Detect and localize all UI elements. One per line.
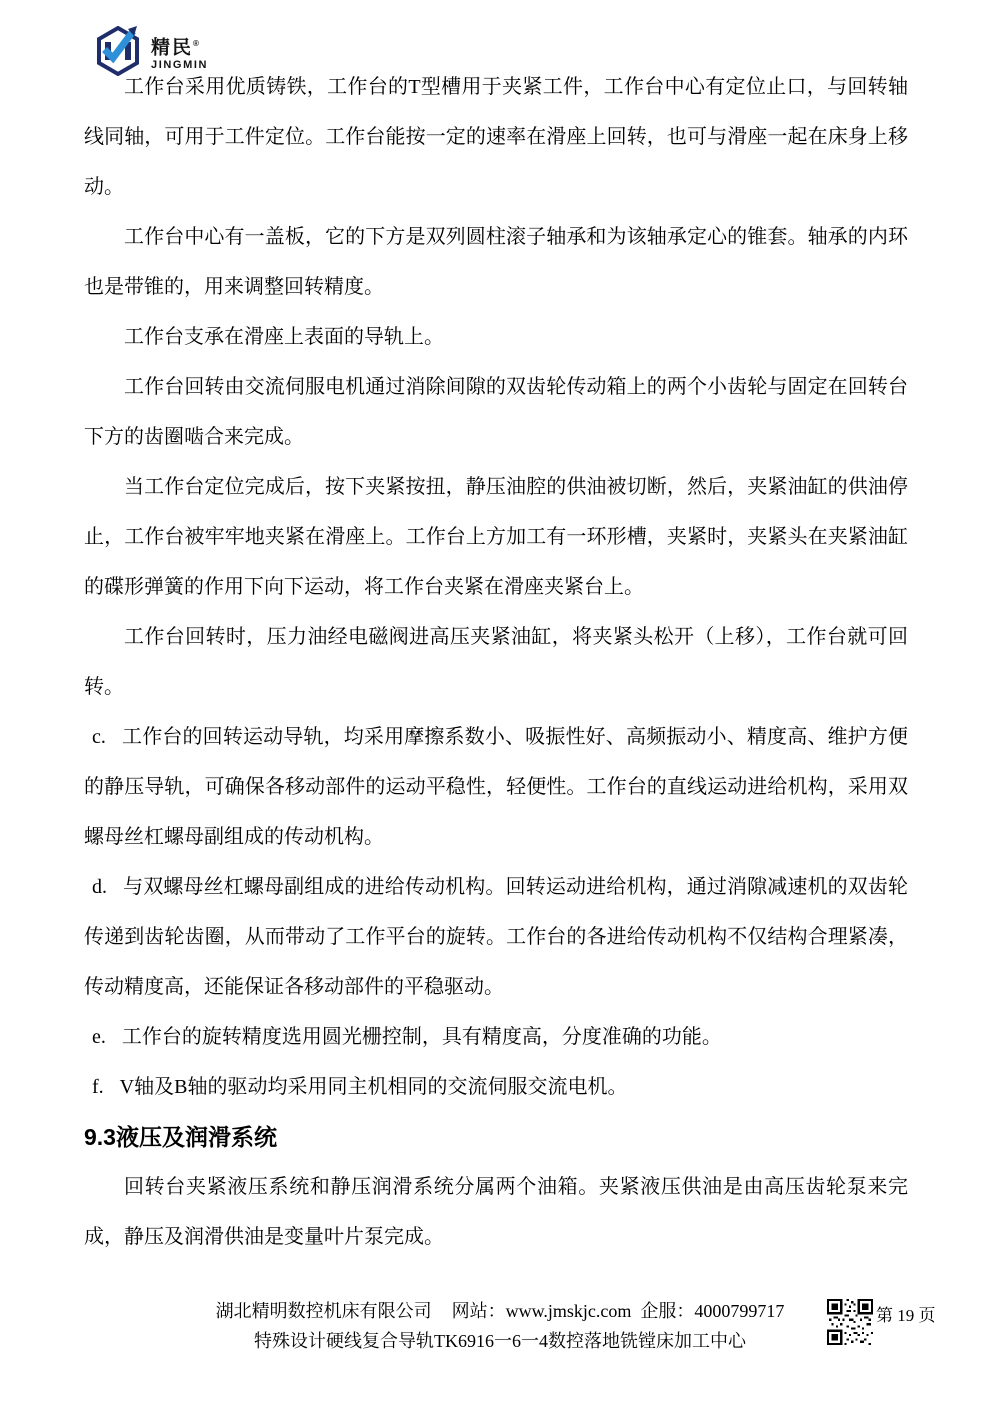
list-item-c-label: c. [92, 726, 106, 748]
document-body: 工作台采用优质铸铁，工作台的T型槽用于夹紧工件，工作台中心有定位止口，与回转轴线… [84, 62, 908, 1262]
list-item-f-label: f. [92, 1076, 104, 1098]
list-item-d-label: d. [92, 876, 107, 898]
list-item-e-text: 工作台的旋转精度选用圆光栅控制，具有精度高，分度准确的功能。 [122, 1026, 722, 1048]
paragraph-oil-tanks: 回转台夹紧液压系统和静压润滑系统分属两个油箱。夹紧液压供油是由高压齿轮泵来完成，… [84, 1162, 908, 1262]
paragraph-support-rails: 工作台支承在滑座上表面的导轨上。 [84, 312, 908, 362]
footer-website: 网站：www.jmskjc.com [452, 1301, 632, 1321]
paragraph-clamping: 当工作台定位完成后，按下夹紧按扭，静压油腔的供油被切断，然后，夹紧油缸的供油停止… [84, 462, 908, 612]
list-item-c-text: 工作台的回转运动导轨，均采用摩擦系数小、吸振性好、高频振动小、精度高、维护方便的… [84, 726, 908, 848]
logo-brand-cn-text: 精民 [151, 37, 193, 58]
paragraph-release: 工作台回转时，压力油经电磁阀进高压夹紧油缸，将夹紧头松开（上移），工作台就可回转… [84, 612, 908, 712]
list-item-d: d.与双螺母丝杠螺母副组成的进给传动机构。回转运动进给机构，通过消隙减速机的双齿… [84, 862, 908, 1012]
paragraph-rotation-drive: 工作台回转由交流伺服电机通过消除间隙的双齿轮传动箱上的两个小齿轮与固定在回转台下… [84, 362, 908, 462]
list-item-f-text: V轴及B轴的驱动均采用同主机相同的交流伺服交流电机。 [120, 1076, 628, 1098]
footer-service-hotline: 企服：4000799717 [640, 1301, 784, 1321]
footer-company: 湖北精明数控机床有限公司 [216, 1301, 432, 1321]
paragraph-cover-plate: 工作台中心有一盖板，它的下方是双列圆柱滚子轴承和为该轴承定心的锥套。轴承的内环也… [84, 212, 908, 312]
page-number: 第 19 页 [876, 1306, 936, 1326]
registered-mark-icon: ® [193, 39, 199, 48]
paragraph-worktable-material: 工作台采用优质铸铁，工作台的T型槽用于夹紧工件，工作台中心有定位止口，与回转轴线… [84, 62, 908, 212]
document-page: 精民® JINGMIN 工作台采用优质铸铁，工作台的T型槽用于夹紧工件，工作台中… [0, 0, 1000, 1417]
list-item-e: e.工作台的旋转精度选用圆光栅控制，具有精度高，分度准确的功能。 [84, 1012, 908, 1062]
qr-code-icon [827, 1299, 873, 1345]
section-heading-hydraulic-lubrication: 9.3液压及润滑系统 [84, 1112, 908, 1162]
list-item-d-text: 与双螺母丝杠螺母副组成的进给传动机构。回转运动进给机构，通过消隙减速机的双齿轮传… [84, 876, 908, 998]
logo-brand-cn: 精民® [151, 34, 208, 57]
list-item-f: f.V轴及B轴的驱动均采用同主机相同的交流伺服交流电机。 [84, 1062, 908, 1112]
list-item-c: c.工作台的回转运动导轨，均采用摩擦系数小、吸振性好、高频振动小、精度高、维护方… [84, 712, 908, 862]
list-item-e-label: e. [92, 1026, 106, 1048]
